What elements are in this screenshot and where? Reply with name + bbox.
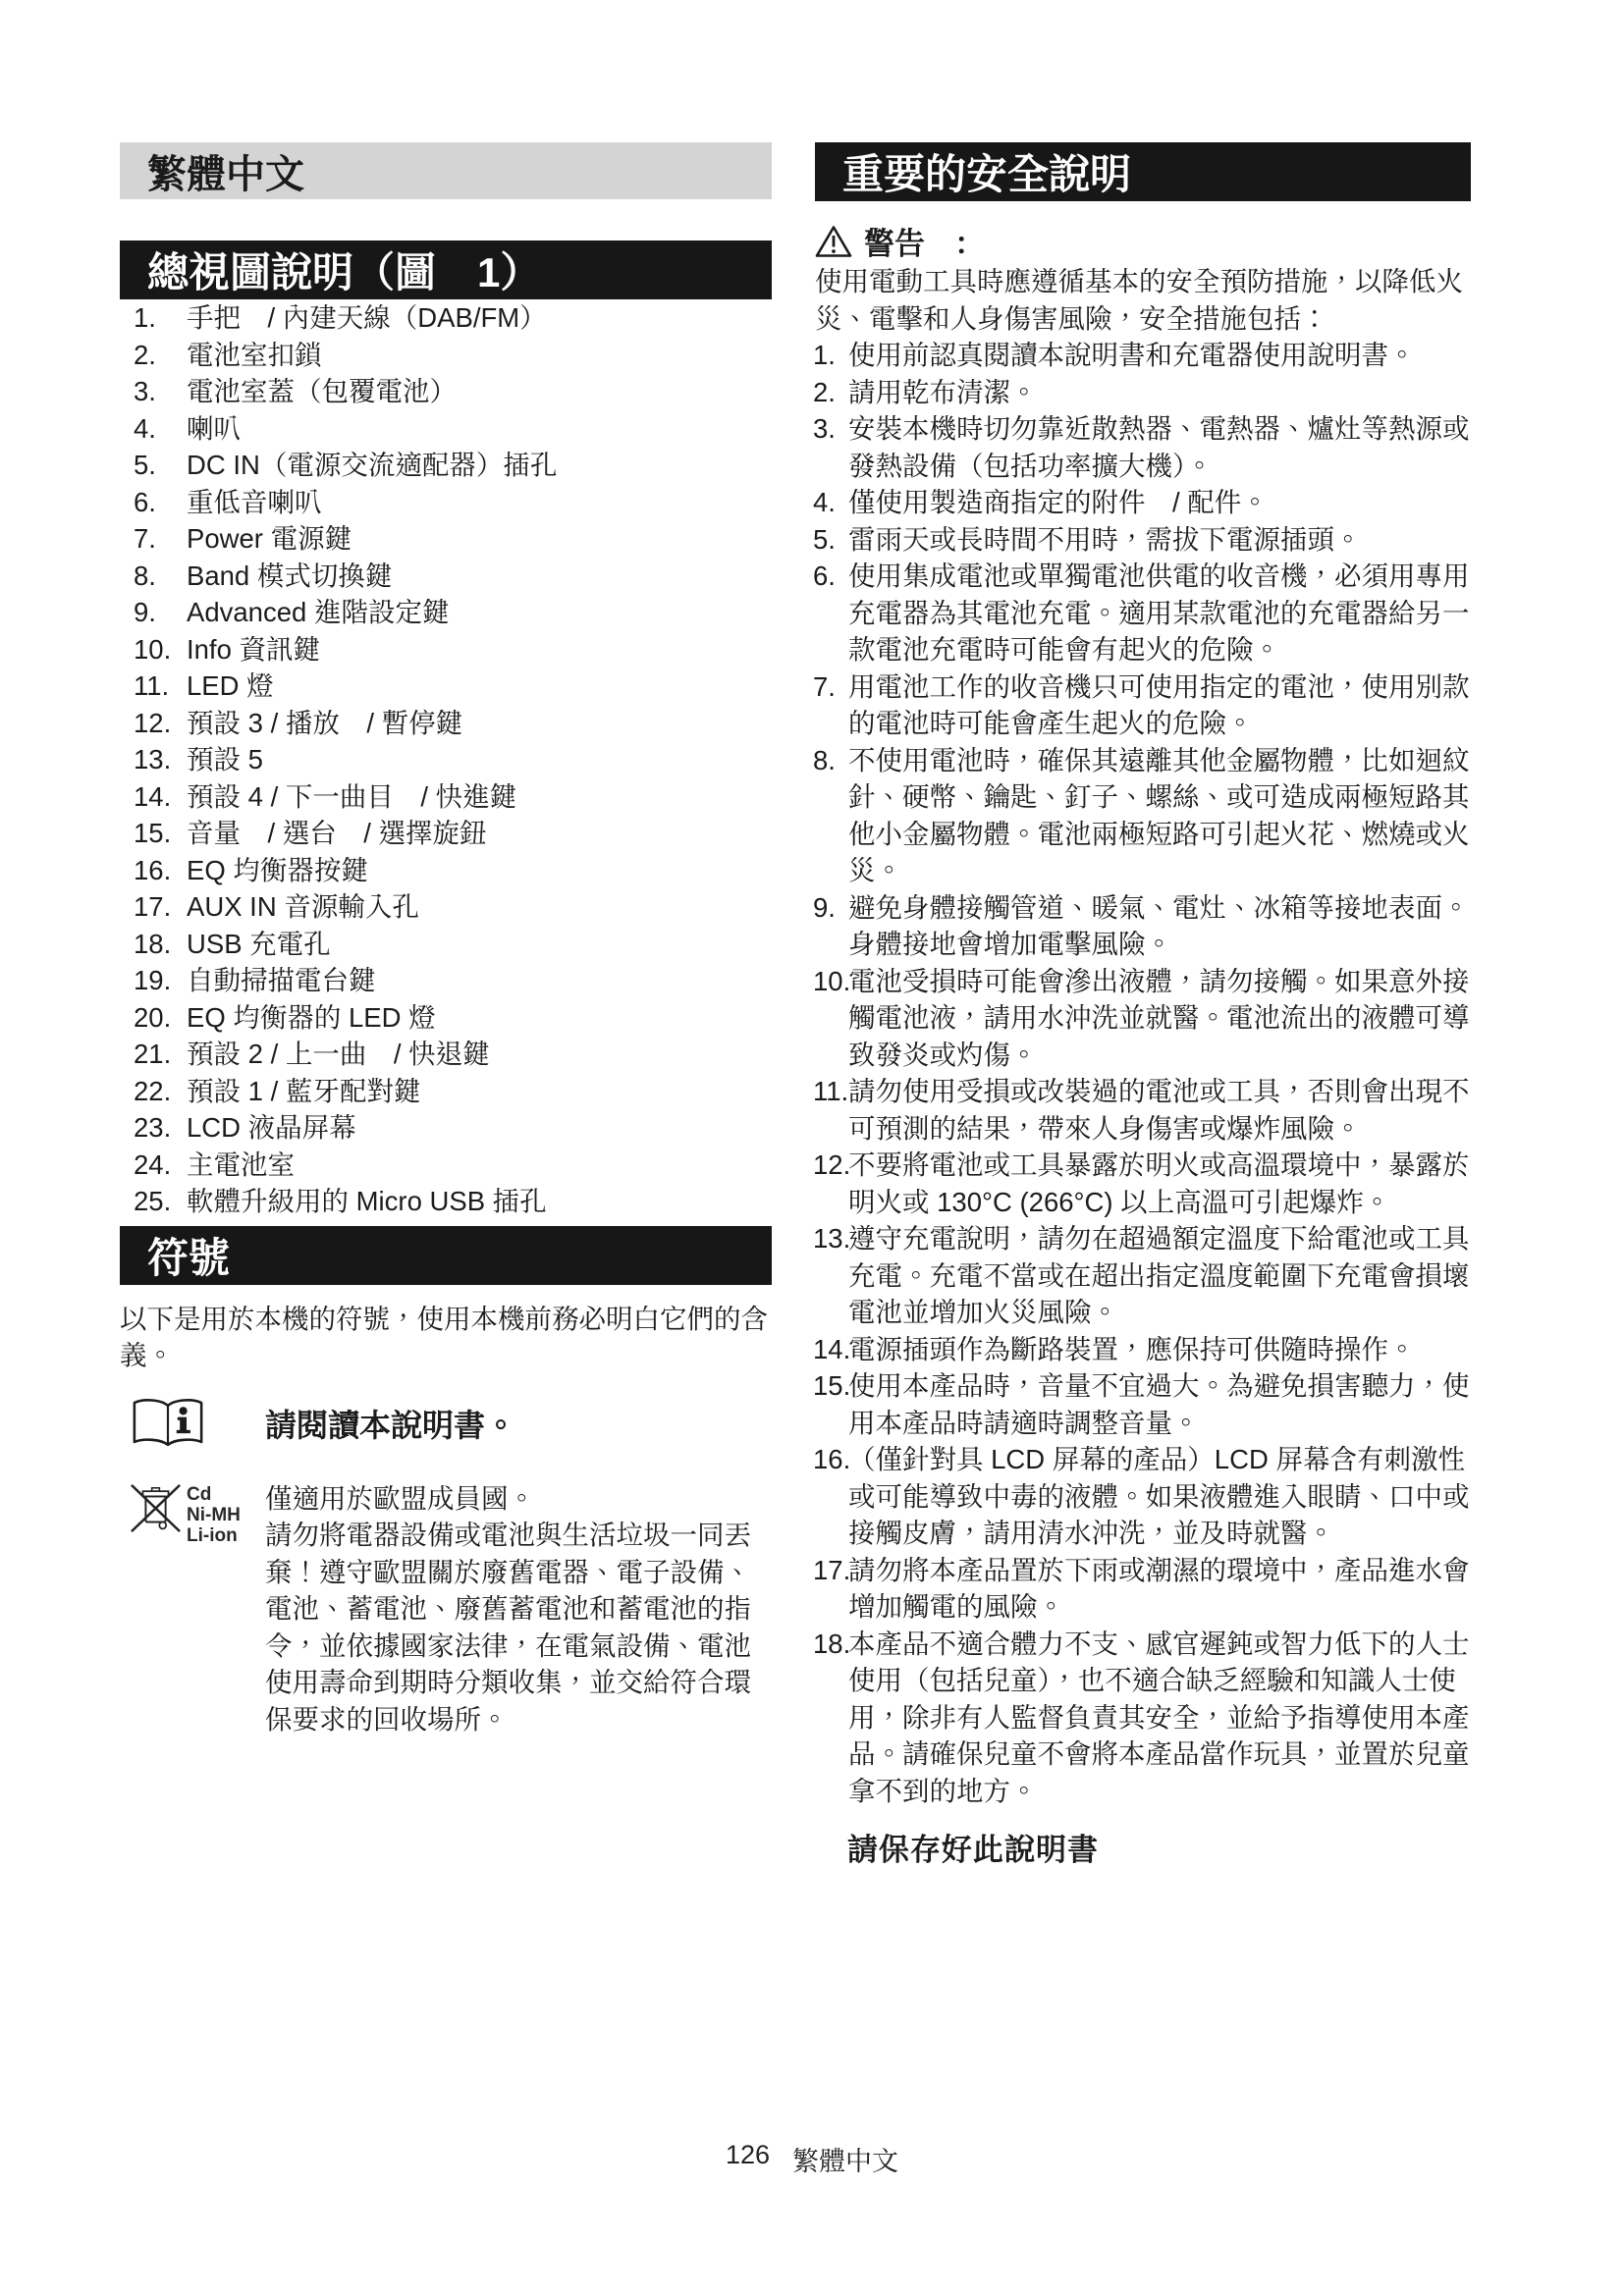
warning-intro-paragraph: 使用電動工具時應遵循基本的安全預防措施，以降低火災、電擊和人身傷害風險，安全措施… (815, 263, 1471, 337)
weee-text: 僅適用於歐盟成員國。 請勿將電器設備或電池與生活垃圾一同丟棄！遵守歐盟關於廢舊電… (265, 1480, 772, 1738)
weee-chemistry-labels: Cd Ni-MH Li-ion (187, 1484, 241, 1546)
overview-section-title: 總視圖說明（圖 1） (147, 240, 541, 299)
list-item-text: Band 模式切換鍵 (187, 561, 392, 591)
list-item-number: 23. (134, 1109, 171, 1147)
list-item-text: 本產品不適合體力不支、感官遲鈍或智力低下的人士使用（包括兒童），也不適合缺乏經驗… (848, 1629, 1470, 1806)
weee-label-cd: Cd (187, 1484, 241, 1505)
list-item-number: 9. (134, 594, 156, 631)
list-item-text: 電池室扣鎖 (187, 340, 322, 370)
list-item-text: 不使用電池時，確保其遠離其他金屬物體，比如迴紋針、硬幣、鑰匙、釘子、螺絲、或可造… (848, 745, 1470, 886)
list-item-text: 使用集成電池或單獨電池供電的收音機，必須用專用充電器為其電池充電。適用某款電池的… (848, 561, 1470, 665)
list-item-text: 主電池室 (187, 1149, 295, 1180)
safety-section-header: 重要的安全說明 (815, 142, 1471, 201)
list-item-text: （僅針對具 LCD 屏幕的產品）LCD 屏幕含有刺激性或可能導致中毒的液體。如果… (848, 1444, 1470, 1548)
list-item-number: 16. (813, 1441, 850, 1478)
list-item-text: 僅使用製造商指定的附件 / 配件。 (848, 487, 1269, 517)
list-item-number: 25. (134, 1183, 171, 1220)
list-item-number: 6. (813, 558, 836, 595)
symbols-section-header: 符號 (120, 1226, 772, 1285)
symbol-row-weee: Cd Ni-MH Li-ion 僅適用於歐盟成員國。 請勿將電器設備或電池與生活… (120, 1480, 772, 1738)
list-item-number: 22. (134, 1073, 171, 1110)
list-item-text: 使用本產品時，音量不宜過大。為避免損害聽力，使用本產品時請適時調整音量。 (848, 1370, 1470, 1438)
list-item-number: 4. (134, 410, 156, 448)
list-item-number: 9. (813, 889, 836, 927)
list-item: 4.喇叭 (120, 410, 772, 448)
list-item: 5.雷雨天或長時間不用時，需拔下電源插頭。 (815, 521, 1471, 559)
list-item: 11.LED 燈 (120, 667, 772, 705)
list-item: 9.Advanced 進階設定鍵 (120, 594, 772, 631)
list-item-number: 17. (813, 1552, 850, 1589)
weee-icon-cell: Cd Ni-MH Li-ion (120, 1480, 265, 1546)
overview-list: 1.手把 / 內建天線（DAB/FM）2.電池室扣鎖3.電池室蓋（包覆電池）4.… (120, 299, 772, 1220)
list-item: 17.請勿將本產品置於下雨或潮濕的環境中，產品進水會增加觸電的風險。 (815, 1552, 1471, 1626)
list-item: 6.使用集成電池或單獨電池供電的收音機，必須用專用充電器為其電池充電。適用某款電… (815, 558, 1471, 668)
list-item: 10.Info 資訊鍵 (120, 631, 772, 668)
list-item-number: 12. (813, 1147, 850, 1184)
manual-page: 繁體中文 總視圖說明（圖 1） 1.手把 / 內建天線（DAB/FM）2.電池室… (0, 0, 1624, 2296)
list-item-number: 5. (134, 447, 156, 484)
list-item-text: 預設 2 / 上一曲 / 快退鍵 (187, 1039, 490, 1069)
list-item-text: 音量 / 選台 / 選擇旋鈕 (187, 818, 487, 848)
list-item-text: 安裝本機時切勿靠近散熱器、電熱器、爐灶等熱源或發熱設備（包括功率擴大機）。 (848, 413, 1470, 481)
list-item-number: 18. (813, 1626, 850, 1663)
list-item-number: 13. (813, 1220, 850, 1257)
list-item-text: 避免身體接觸管道、暖氣、電灶、冰箱等接地表面。身體接地會增加電擊風險。 (848, 892, 1470, 960)
list-item-text: 電池受損時可能會滲出液體，請勿接觸。如果意外接觸電池液，請用水沖洗並就醫。電池流… (848, 966, 1470, 1070)
list-item: 22.預設 1 / 藍牙配對鍵 (120, 1073, 772, 1110)
footer-page-number: 126 (726, 2140, 770, 2178)
list-item: 12.預設 3 / 播放 / 暫停鍵 (120, 705, 772, 742)
list-item-number: 3. (813, 410, 836, 448)
warning-colon: ： (954, 219, 985, 263)
list-item-text: Info 資訊鍵 (187, 634, 320, 665)
list-item-number: 8. (813, 742, 836, 779)
list-item-text: Advanced 進階設定鍵 (187, 597, 449, 627)
list-item-text: 手把 / 內建天線（DAB/FM） (187, 302, 547, 333)
list-item-text: 請用乾布清潔。 (848, 377, 1038, 407)
list-item: 20.EQ 均衡器的 LED 燈 (120, 999, 772, 1037)
list-item-text: 電池室蓋（包覆電池） (187, 376, 457, 406)
list-item: 21.預設 2 / 上一曲 / 快退鍵 (120, 1036, 772, 1073)
list-item-text: USB 充電孔 (187, 929, 331, 959)
list-item-number: 10. (813, 963, 850, 1000)
page-footer: 126 繁體中文 (0, 2140, 1624, 2178)
list-item: 15.音量 / 選台 / 選擇旋鈕 (120, 815, 772, 852)
list-item: 15.使用本產品時，音量不宜過大。為避免損害聽力，使用本產品時請適時調整音量。 (815, 1367, 1471, 1441)
list-item-text: LCD 液晶屏幕 (187, 1112, 356, 1143)
list-item: 7.Power 電源鍵 (120, 520, 772, 558)
list-item-text: 預設 1 / 藍牙配對鍵 (187, 1076, 420, 1106)
list-item: 23.LCD 液晶屏幕 (120, 1109, 772, 1147)
list-item: 2.電池室扣鎖 (120, 337, 772, 374)
list-item: 8.Band 模式切換鍵 (120, 558, 772, 595)
warning-label: 警告 (864, 219, 925, 263)
list-item: 10.電池受損時可能會滲出液體，請勿接觸。如果意外接觸電池液，請用水沖洗並就醫。… (815, 963, 1471, 1074)
warning-triangle-icon (815, 225, 852, 258)
list-item-number: 14. (134, 778, 171, 816)
symbols-section-title: 符號 (147, 1226, 230, 1285)
list-item: 11.請勿使用受損或改裝過的電池或工具，否則會出現不可預測的結果，帶來人身傷害或… (815, 1073, 1471, 1147)
list-item-number: 18. (134, 926, 171, 963)
read-manual-icon (130, 1396, 206, 1451)
list-item: 17.AUX IN 音源輸入孔 (120, 888, 772, 926)
list-item-number: 1. (134, 299, 156, 337)
footer-section-label: 繁體中文 (792, 2140, 898, 2178)
list-item-text: EQ 均衡器按鍵 (187, 855, 368, 885)
list-item: 13.遵守充電說明，請勿在超過額定溫度下給電池或工具充電。充電不當或在超出指定溫… (815, 1220, 1471, 1331)
weee-label-liion: Li-ion (187, 1525, 241, 1546)
list-item-text: 遵守充電說明，請勿在超過額定溫度下給電池或工具充電。充電不當或在超出指定溫度範圍… (848, 1223, 1470, 1327)
list-item: 18.本產品不適合體力不支、感官遲鈍或智力低下的人士使用（包括兒童），也不適合缺… (815, 1626, 1471, 1810)
list-item-number: 15. (134, 815, 171, 852)
list-item-text: 喇叭 (187, 413, 241, 444)
list-item-number: 12. (134, 705, 171, 742)
read-manual-icon-cell (120, 1396, 265, 1451)
list-item-text: DC IN（電源交流適配器）插孔 (187, 450, 557, 480)
list-item-number: 3. (134, 373, 156, 410)
list-item: 3.安裝本機時切勿靠近散熱器、電熱器、爐灶等熱源或發熱設備（包括功率擴大機）。 (815, 410, 1471, 484)
list-item-text: 請勿將本產品置於下雨或潮濕的環境中，產品進水會增加觸電的風險。 (848, 1555, 1470, 1623)
list-item-text: 軟體升級用的 Micro USB 插孔 (187, 1186, 547, 1216)
list-item-number: 21. (134, 1036, 171, 1073)
list-item-text: AUX IN 音源輸入孔 (187, 891, 419, 922)
list-item: 14.預設 4 / 下一曲目 / 快進鍵 (120, 778, 772, 816)
list-item: 9.避免身體接觸管道、暖氣、電灶、冰箱等接地表面。身體接地會增加電擊風險。 (815, 889, 1471, 963)
list-item: 2.請用乾布清潔。 (815, 374, 1471, 411)
list-item-text: 請勿使用受損或改裝過的電池或工具，否則會出現不可預測的結果，帶來人身傷害或爆炸風… (848, 1076, 1470, 1144)
list-item: 8.不使用電池時，確保其遠離其他金屬物體，比如迴紋針、硬幣、鑰匙、釘子、螺絲、或… (815, 742, 1471, 889)
list-item-number: 17. (134, 888, 171, 926)
list-item-number: 6. (134, 484, 156, 521)
list-item-number: 2. (134, 337, 156, 374)
list-item-text: 用電池工作的收音機只可使用指定的電池，使用別款的電池時可能會產生起火的危險。 (848, 671, 1470, 739)
weee-text-body: 請勿將電器設備或電池與生活垃圾一同丟棄！遵守歐盟關於廢舊電器、電子設備、電池、蓄… (265, 1517, 772, 1737)
list-item-number: 15. (813, 1367, 850, 1405)
warning-row: 警告 ： (815, 219, 1471, 263)
list-item-text: 使用前認真閱讀本說明書和充電器使用說明書。 (848, 340, 1416, 370)
list-item-number: 11. (134, 667, 169, 705)
list-item: 3.電池室蓋（包覆電池） (120, 373, 772, 410)
symbols-intro-paragraph: 以下是用於本機的符號，使用本機前務必明白它們的含義。 (120, 1301, 772, 1374)
list-item-text: Power 電源鍵 (187, 523, 352, 554)
list-item-text: LED 燈 (187, 670, 274, 701)
list-item: 25.軟體升級用的 Micro USB 插孔 (120, 1183, 772, 1220)
list-item: 6.重低音喇叭 (120, 484, 772, 521)
list-item-number: 14. (813, 1331, 850, 1368)
list-item: 7.用電池工作的收音機只可使用指定的電池，使用別款的電池時可能會產生起火的危險。 (815, 668, 1471, 742)
right-column: 重要的安全說明 警告 ： 使用電動工具時應遵循基本的安全預防措施，以降低火災、電… (815, 142, 1471, 1869)
list-item: 14.電源插頭作為斷路裝置，應保持可供隨時操作。 (815, 1331, 1471, 1368)
list-item-number: 8. (134, 558, 156, 595)
list-item-text: 雷雨天或長時間不用時，需拔下電源插頭。 (848, 524, 1362, 555)
language-header-bar: 繁體中文 (120, 142, 772, 199)
language-header-label: 繁體中文 (147, 143, 304, 199)
list-item-number: 10. (134, 631, 171, 668)
list-item: 5.DC IN（電源交流適配器）插孔 (120, 447, 772, 484)
list-item-text: 預設 4 / 下一曲目 / 快進鍵 (187, 781, 516, 812)
safety-list: 1.使用前認真閱讀本說明書和充電器使用說明書。2.請用乾布清潔。3.安裝本機時切… (815, 337, 1471, 1809)
symbol-row-read-manual: 請閱讀本說明書。 (120, 1396, 772, 1451)
list-item-number: 4. (813, 484, 836, 521)
list-item-number: 19. (134, 962, 171, 999)
list-item-number: 24. (134, 1147, 171, 1184)
read-manual-text: 請閱讀本說明書。 (265, 1401, 772, 1446)
weee-bin-icon (130, 1480, 183, 1537)
list-item-text: 自動掃描電台鍵 (187, 965, 376, 995)
list-item-number: 1. (813, 337, 836, 374)
list-item: 16.（僅針對具 LCD 屏幕的產品）LCD 屏幕含有刺激性或可能導致中毒的液體… (815, 1441, 1471, 1552)
list-item: 4.僅使用製造商指定的附件 / 配件。 (815, 484, 1471, 521)
list-item-number: 13. (134, 741, 171, 778)
list-item: 1.手把 / 內建天線（DAB/FM） (120, 299, 772, 337)
list-item-number: 7. (813, 668, 836, 706)
list-item-text: 不要將電池或工具暴露於明火或高溫環境中，暴露於明火或 130°C (266°C)… (848, 1149, 1470, 1217)
weee-label-nimh: Ni-MH (187, 1505, 241, 1525)
list-item: 1.使用前認真閱讀本說明書和充電器使用說明書。 (815, 337, 1471, 374)
list-item-text: 預設 3 / 播放 / 暫停鍵 (187, 708, 462, 738)
list-item-text: 預設 5 (187, 744, 263, 774)
list-item-number: 7. (134, 520, 156, 558)
list-item-text: EQ 均衡器的 LED 燈 (187, 1002, 436, 1033)
list-item-number: 11. (813, 1073, 848, 1110)
list-item: 12.不要將電池或工具暴露於明火或高溫環境中，暴露於明火或 130°C (266… (815, 1147, 1471, 1220)
list-item: 16.EQ 均衡器按鍵 (120, 852, 772, 889)
weee-text-line1: 僅適用於歐盟成員國。 (265, 1480, 772, 1518)
list-item-text: 電源插頭作為斷路裝置，應保持可供隨時操作。 (848, 1334, 1416, 1364)
list-item-number: 2. (813, 374, 836, 411)
list-item-text: 重低音喇叭 (187, 487, 322, 517)
safety-section-title: 重要的安全說明 (842, 142, 1131, 201)
list-item-number: 20. (134, 999, 171, 1037)
list-item-number: 5. (813, 521, 836, 559)
list-item-number: 16. (134, 852, 171, 889)
list-item: 18.USB 充電孔 (120, 926, 772, 963)
overview-section-header: 總視圖說明（圖 1） (120, 240, 772, 299)
list-item: 13.預設 5 (120, 741, 772, 778)
list-item: 24.主電池室 (120, 1147, 772, 1184)
keep-manual-heading: 請保存好此說明書 (815, 1825, 1471, 1869)
left-column: 繁體中文 總視圖說明（圖 1） 1.手把 / 內建天線（DAB/FM）2.電池室… (120, 142, 772, 1737)
list-item: 19.自動掃描電台鍵 (120, 962, 772, 999)
